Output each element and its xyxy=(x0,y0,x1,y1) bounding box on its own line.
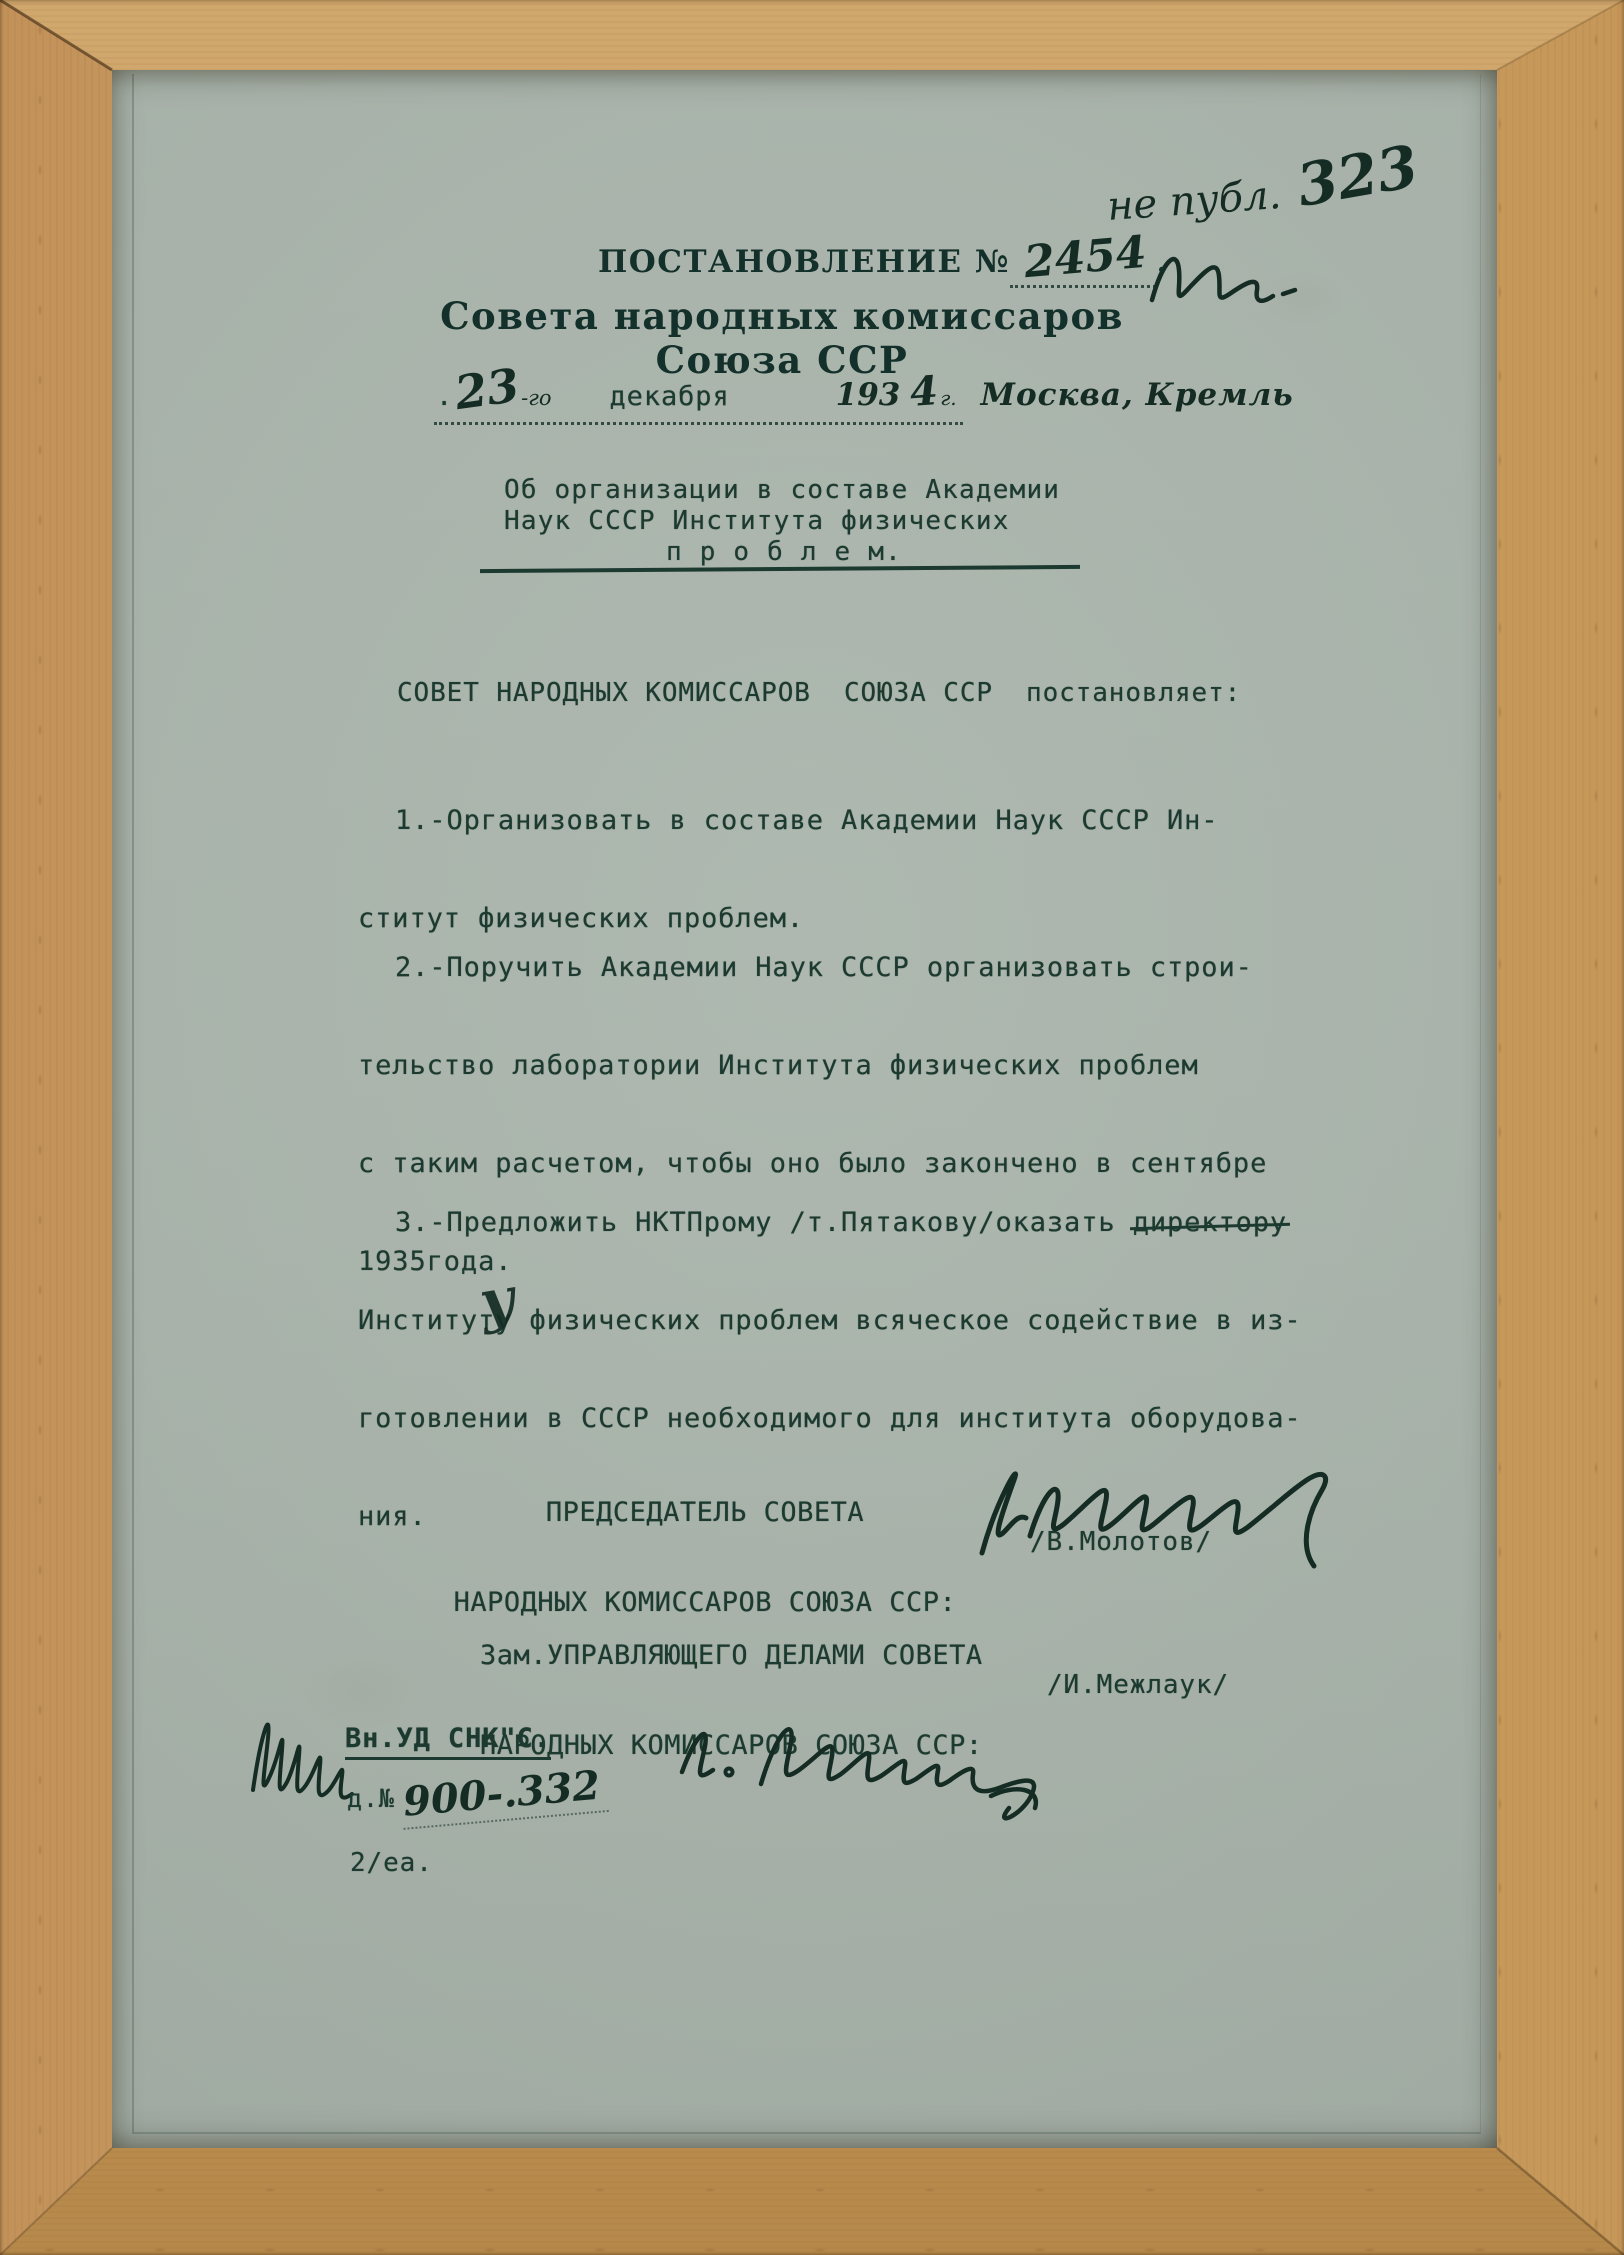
deputy-typed-name: /И.Межлаук/ xyxy=(1047,1670,1229,1700)
handwritten-number-flourish: 323 xyxy=(1292,132,1423,220)
paragraph-1-line-1: 1.-Организовать в составе Академии Наук … xyxy=(358,791,1218,851)
subject-line-2: Наук СССР Института физических xyxy=(504,506,1064,537)
framed-document-photo: не публ. 323 ПОСТАНОВЛЕНИЕ № 2454 . Сове… xyxy=(0,0,1624,2255)
deputy-title-line-1: Зам.УПРАВЛЯЮЩЕГО ДЕЛАМИ СОВЕТА xyxy=(480,1641,983,1671)
paragraph-2-line-1: 2.-Поручить Академии Наук СССР организов… xyxy=(358,938,1267,998)
subject-block: Об организации в составе Академии Наук С… xyxy=(504,475,1064,568)
date-prefix-dot: . xyxy=(436,381,453,412)
date-place: Москва, Кремль xyxy=(981,377,1294,413)
subject-line-3: п р о б л е м. xyxy=(504,537,1064,568)
decree-number-underline: 2454 xyxy=(1010,232,1156,288)
date-month: декабря xyxy=(610,381,730,412)
copies-note: 2/еа. xyxy=(350,1848,433,1878)
paragraph-3-line-1-text: 3.-Предложить НКТПрому /т.Пятакову/оказа… xyxy=(395,1207,1133,1238)
file-number-label: д.№ xyxy=(347,1784,395,1813)
decree-title-row: ПОСТАНОВЛЕНИЕ № 2454 . xyxy=(598,232,1167,288)
date-day-suffix: -го xyxy=(521,386,551,410)
decree-number-handwritten: 2454 xyxy=(1022,227,1148,288)
subject-line-1: Об организации в составе Академии xyxy=(504,475,1064,506)
preamble-line: СОВЕТ НАРОДНЫХ КОМИССАРОВ СОЮЗА ССР пост… xyxy=(397,678,1241,708)
decree-number-period: . xyxy=(1156,244,1167,280)
struck-word: директору xyxy=(1133,1193,1287,1253)
paragraph-3-line-1: 3.-Предложить НКТПрому /т.Пятакову/оказа… xyxy=(358,1193,1302,1253)
date-day-handwritten: 23 xyxy=(452,358,523,420)
office-line: Вн.УД СНК"С. xyxy=(345,1723,551,1760)
file-number-handwritten: 900-.332 xyxy=(399,1761,608,1830)
date-year-suffix: г. xyxy=(940,386,956,410)
date-year-printed: 193 xyxy=(836,377,901,413)
date-year-digit-handwritten: 4 xyxy=(909,367,940,416)
clerk-initials-scribble xyxy=(238,1692,358,1812)
handwritten-note-not-published: не публ. xyxy=(1106,172,1283,230)
decree-title-label: ПОСТАНОВЛЕНИЕ № xyxy=(598,244,1010,280)
date-dotted-group: . 23 -го декабря 193 4 г. xyxy=(434,362,963,425)
date-row: . 23 -го декабря 193 4 г. Москва, Кремль xyxy=(434,362,1294,425)
paragraph-2-line-2: тельство лаборатории Института физически… xyxy=(358,1036,1267,1096)
mezhlauk-signature xyxy=(657,1692,1047,1842)
file-number-row: д.№ 900-.332 xyxy=(347,1770,606,1821)
chairman-title-line-1: ПРЕДСЕДАТЕЛЬ СОВЕТА xyxy=(445,1498,965,1528)
molotov-signature xyxy=(952,1428,1352,1588)
office-line-row: Вн.УД СНК"С. xyxy=(345,1723,551,1754)
document-page: не публ. 323 ПОСТАНОВЛЕНИЕ № 2454 . Сове… xyxy=(112,70,1497,2148)
